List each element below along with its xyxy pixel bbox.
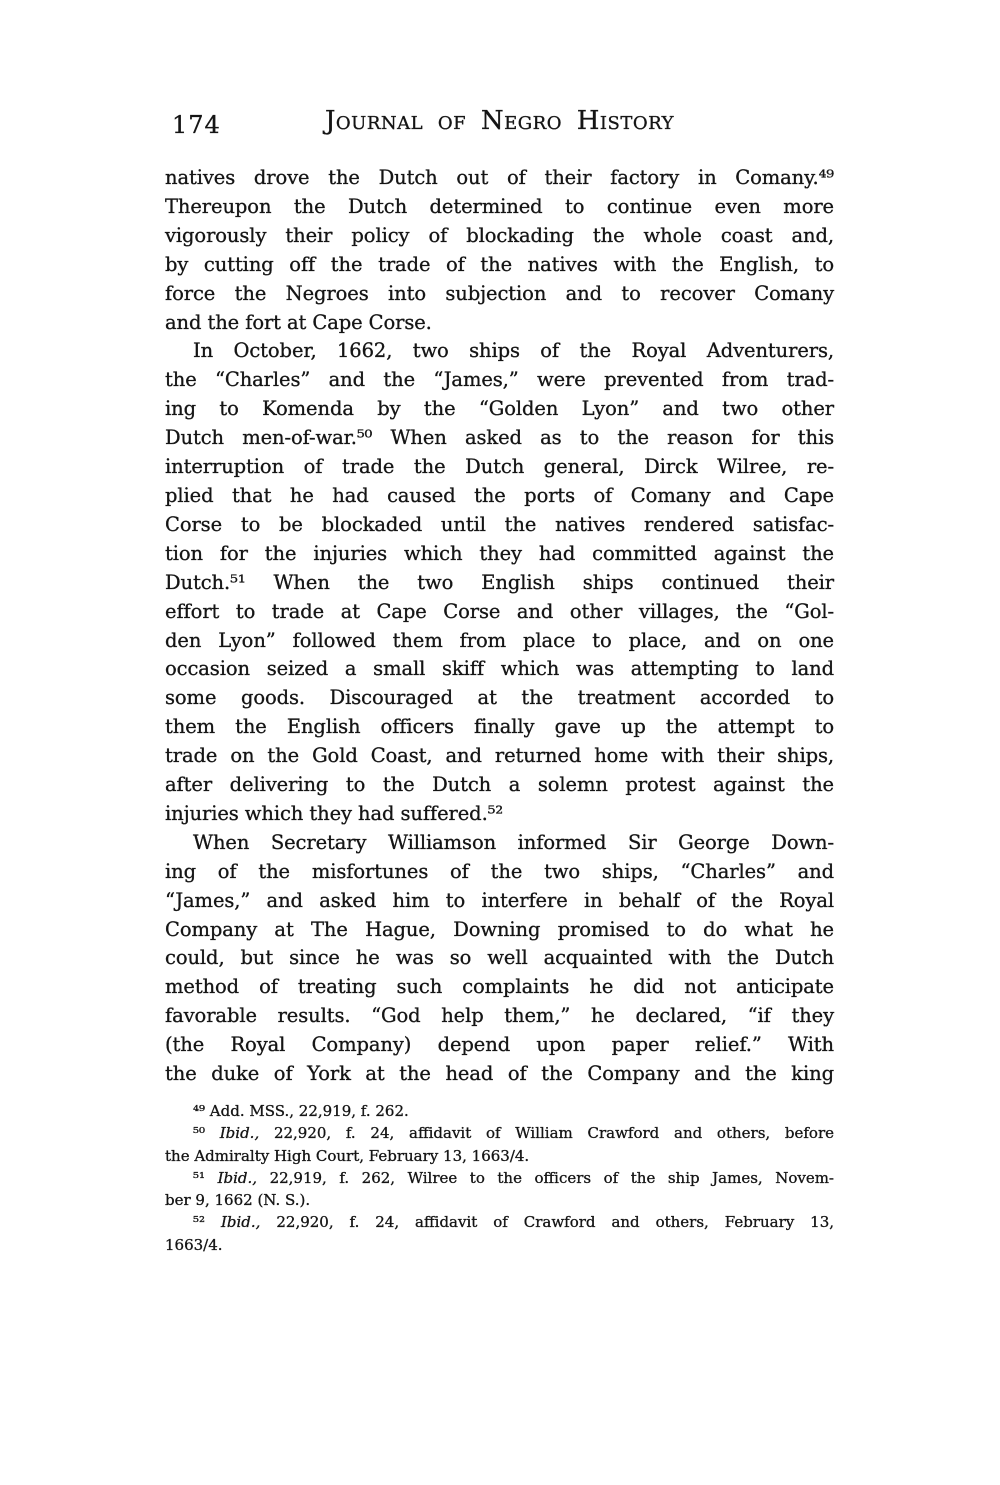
body-line: effort to trade at Cape Corse and other …: [165, 598, 834, 627]
body-line: the “Charles” and the “James,” were prev…: [165, 366, 834, 395]
footnote-line: ⁵¹ Ibid., 22,919, f. 262, Wilree to the …: [165, 1167, 834, 1189]
body-line: method of treating such complaints he di…: [165, 973, 834, 1002]
footnote-text: 22,920, f. 24, affidavit of Crawford and…: [260, 1213, 834, 1231]
footnotes: ⁴⁹ Add. MSS., 22,919, f. 262.⁵⁰ Ibid., 2…: [165, 1100, 834, 1256]
body-line: ing of the misfortunes of the two ships,…: [165, 858, 834, 887]
body-line: trade on the Gold Coast, and returned ho…: [165, 742, 834, 771]
body-line: When Secretary Williamson informed Sir G…: [165, 829, 834, 858]
body-line: occasion seized a small skiff which was …: [165, 655, 834, 684]
body-line: some goods. Discouraged at the treatment…: [165, 684, 834, 713]
body-line: Dutch men-of-war.⁵⁰ When asked as to the…: [165, 424, 834, 453]
footnote-ibid: Ibid.,: [221, 1213, 260, 1231]
footnote-text: 22,919, f. 262, Wilree to the officers o…: [257, 1169, 834, 1187]
body-line: den Lyon” followed them from place to pl…: [165, 627, 834, 656]
body-line: Dutch.⁵¹ When the two English ships cont…: [165, 569, 834, 598]
footnote-text: ⁵⁰: [193, 1124, 220, 1142]
journal-title: Journal of Negro History: [165, 106, 834, 136]
footnote-line: the Admiralty High Court, February 13, 1…: [165, 1145, 834, 1167]
footnote-ibid: Ibid.,: [220, 1124, 259, 1142]
body-line: Thereupon the Dutch determined to contin…: [165, 193, 834, 222]
body-line: the duke of York at the head of the Comp…: [165, 1060, 834, 1089]
body-line: tion for the injuries which they had com…: [165, 540, 834, 569]
footnote-text: ⁴⁹ Add. MSS., 22,919, f. 262.: [193, 1102, 409, 1120]
footnote-line: ber 9, 1662 (N. S.).: [165, 1189, 834, 1211]
body-line: In October, 1662, two ships of the Royal…: [165, 337, 834, 366]
footnote-ibid: Ibid.,: [218, 1169, 257, 1187]
footnote-text: 22,920, f. 24, affidavit of William Craw…: [259, 1124, 834, 1142]
body-line: vigorously their policy of blockading th…: [165, 222, 834, 251]
footnote-text: 1663/4.: [165, 1236, 223, 1254]
body-line: Corse to be blockaded until the natives …: [165, 511, 834, 540]
body-line: by cutting off the trade of the natives …: [165, 251, 834, 280]
body-line: interruption of trade the Dutch general,…: [165, 453, 834, 482]
scanned-book-page: 174 Journal of Negro History natives dro…: [0, 0, 1000, 1485]
body-line: ing to Komenda by the “Golden Lyon” and …: [165, 395, 834, 424]
body-line: force the Negroes into subjection and to…: [165, 280, 834, 309]
footnote-text: ⁵²: [193, 1213, 221, 1231]
body-line: natives drove the Dutch out of their fac…: [165, 164, 834, 193]
footnote-text: ⁵¹: [193, 1169, 218, 1187]
footnote-text: ber 9, 1662 (N. S.).: [165, 1191, 310, 1209]
body-line: them the English officers finally gave u…: [165, 713, 834, 742]
body-text: natives drove the Dutch out of their fac…: [165, 164, 834, 1089]
body-line: could, but since he was so well acquaint…: [165, 944, 834, 973]
body-line: and the fort at Cape Corse.: [165, 309, 834, 338]
body-line: plied that he had caused the ports of Co…: [165, 482, 834, 511]
page-number: 174: [172, 113, 221, 137]
body-line: “James,” and asked him to interfere in b…: [165, 887, 834, 916]
body-line: Company at The Hague, Downing promised t…: [165, 916, 834, 945]
footnote-line: ⁵⁰ Ibid., 22,920, f. 24, affidavit of Wi…: [165, 1122, 834, 1144]
footnote-line: ⁵² Ibid., 22,920, f. 24, affidavit of Cr…: [165, 1211, 834, 1233]
footnote-line: 1663/4.: [165, 1234, 834, 1256]
footnote-text: the Admiralty High Court, February 13, 1…: [165, 1147, 529, 1165]
running-head: 174 Journal of Negro History: [165, 106, 834, 136]
body-line: favorable results. “God help them,” he d…: [165, 1002, 834, 1031]
body-line: injuries which they had suffered.⁵²: [165, 800, 834, 829]
body-line: (the Royal Company) depend upon paper re…: [165, 1031, 834, 1060]
body-line: after delivering to the Dutch a solemn p…: [165, 771, 834, 800]
footnote-line: ⁴⁹ Add. MSS., 22,919, f. 262.: [165, 1100, 834, 1122]
